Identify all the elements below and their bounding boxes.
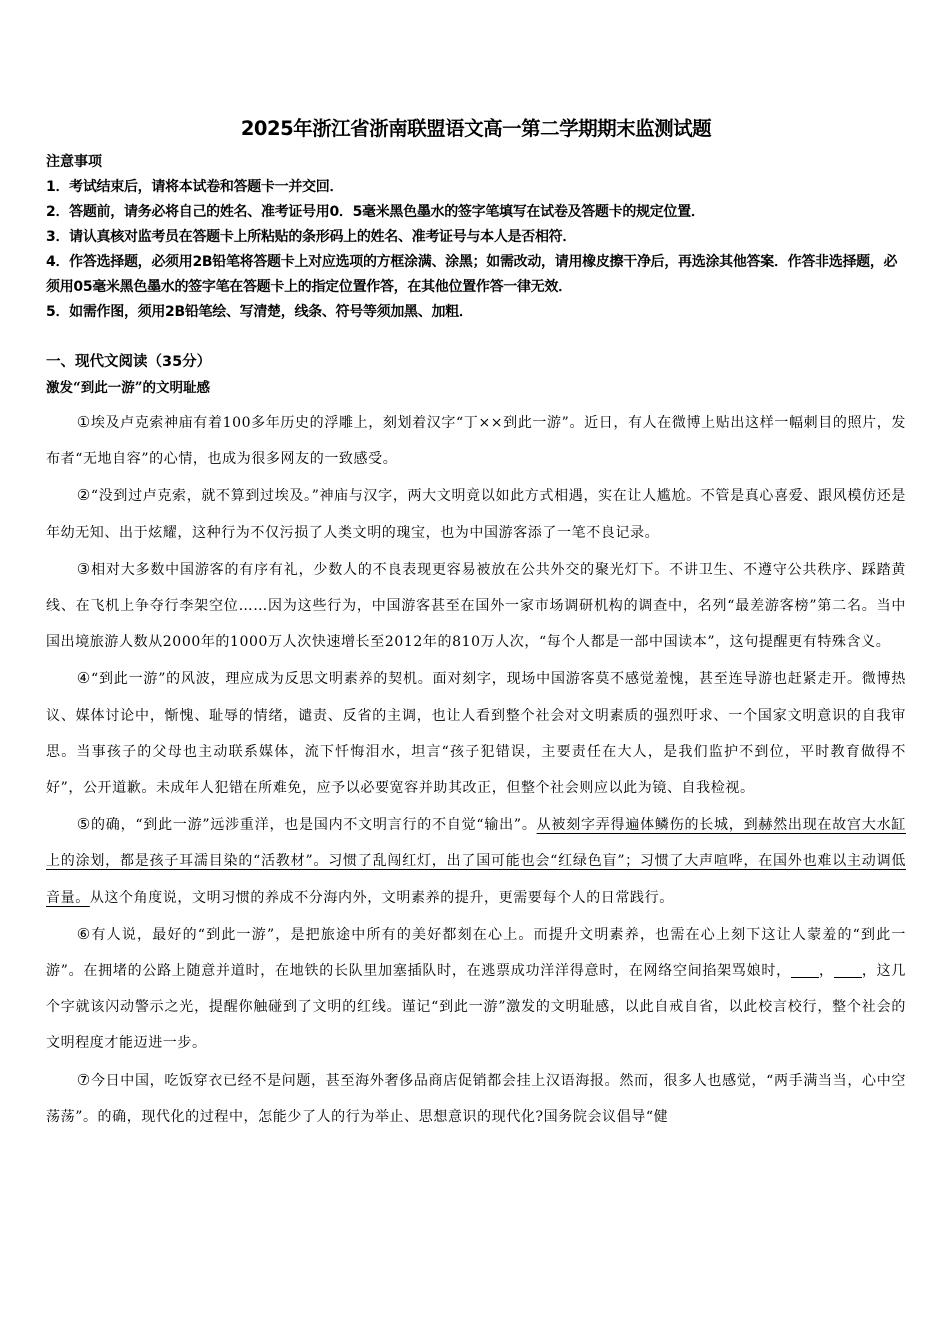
paragraph-6: ⑥有人说，最好的“到此一游”，是把旅途中所有的美好都刻在心上。而提升文明素养，也… xyxy=(46,916,906,1062)
fill-blank-1[interactable] xyxy=(791,963,819,978)
paragraph-number: ⑤ xyxy=(77,815,91,833)
paragraph-text: “到此一游”的风波，理应成为反思文明素养的契机。面对刻字，现场中国游客莫不感觉羞… xyxy=(46,671,906,796)
fill-blank-2[interactable] xyxy=(834,963,862,978)
paragraph-text: 今日中国，吃饭穿衣已经不是问题，甚至海外奢侈品商店促销都会挂上汉语海报。然而，很… xyxy=(46,1073,906,1125)
notice-item: 4．作答选择题，必须用2B铅笔将答题卡上对应选项的方框涂满、涂黑；如需改动，请用… xyxy=(46,250,906,300)
paragraph-4: ④“到此一游”的风波，理应成为反思文明素养的契机。面对刻字，现场中国游客莫不感觉… xyxy=(46,660,906,806)
notice-list: 1．考试结束后，请将本试卷和答题卡一并交回． 2．答题前，请务必将自己的姓名、准… xyxy=(46,175,906,325)
notice-item: 3．请认真核对监考员在答题卡上所粘贴的条形码上的姓名、准考证号与本人是否相符． xyxy=(46,225,906,250)
notice-heading: 注意事项 xyxy=(46,151,102,171)
blank-separator: ， xyxy=(819,963,834,979)
blank-separator: ， xyxy=(862,963,877,979)
paragraph-text: “没到过卢克索，就不算到过埃及。”神庙与汉字，两大文明竟以如此方式相遇，实在让人… xyxy=(46,488,906,540)
paragraph-text: 有人说，最好的“到此一游”，是把旅途中所有的美好都刻在心上。而提升文明素养，也需… xyxy=(46,927,906,979)
notice-item: 2．答题前，请务必将自己的姓名、准考证号用0．5毫米黑色墨水的签字笔填写在试卷及… xyxy=(46,200,906,225)
paragraph-number: ③ xyxy=(77,560,91,578)
paragraph-7: ⑦今日中国，吃饭穿衣已经不是问题，甚至海外奢侈品商店促销都会挂上汉语海报。然而，… xyxy=(46,1062,906,1135)
paragraph-text: 埃及卢克索神庙有着100多年历史的浮雕上，刻划着汉字“丁××到此一游”。近日，有… xyxy=(46,415,906,467)
notice-item: 5．如需作图，须用2B铅笔绘、写清楚，线条、符号等须加黑、加粗． xyxy=(46,300,906,325)
notice-item: 1．考试结束后，请将本试卷和答题卡一并交回． xyxy=(46,175,906,200)
paragraph-number: ⑥ xyxy=(77,925,92,943)
paragraph-text: 的确，“到此一游”远涉重洋，也是国内不文明言行的不自觉“输出”。 xyxy=(91,817,537,833)
paragraph-number: ② xyxy=(77,486,91,504)
paragraph-2: ②“没到过卢克索，就不算到过埃及。”神庙与汉字，两大文明竟以如此方式相遇，实在让… xyxy=(46,477,906,550)
paragraph-number: ① xyxy=(77,413,91,431)
paragraph-5: ⑤的确，“到此一游”远涉重洋，也是国内不文明言行的不自觉“输出”。从被刻字弄得遍… xyxy=(46,806,906,916)
article-title: 激发“到此一游”的文明耻感 xyxy=(46,376,210,396)
paragraph-number: ⑦ xyxy=(77,1071,91,1089)
section-heading: 一、现代文阅读（35分） xyxy=(46,350,211,371)
paragraph-number: ④ xyxy=(77,669,91,687)
paragraph-3: ③相对大多数中国游客的有序有礼，少数人的不良表现更容易被放在公共外交的聚光灯下。… xyxy=(46,551,906,661)
article-body: ①埃及卢克索神庙有着100多年历史的浮雕上，刻划着汉字“丁××到此一游”。近日，… xyxy=(46,404,906,1135)
paragraph-1: ①埃及卢克索神庙有着100多年历史的浮雕上，刻划着汉字“丁××到此一游”。近日，… xyxy=(46,404,906,477)
exam-title: 2025年浙江省浙南联盟语文高一第二学期期末监测试题 xyxy=(46,113,906,141)
paragraph-text: 相对大多数中国游客的有序有礼，少数人的不良表现更容易被放在公共外交的聚光灯下。不… xyxy=(46,562,906,650)
paragraph-text: 从这个角度说，文明习惯的养成不分海内外，文明素养的提升，更需要每个人的日常践行。 xyxy=(90,890,674,906)
